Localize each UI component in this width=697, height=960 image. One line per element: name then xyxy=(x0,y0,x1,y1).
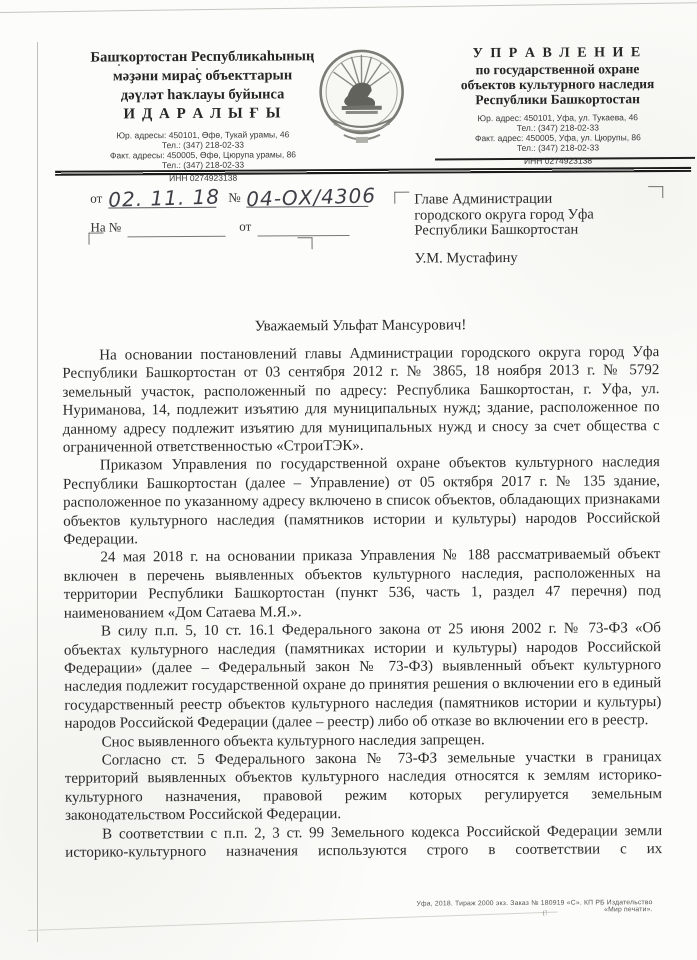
addressee-line: Главе Администрации xyxy=(414,191,674,208)
addressee-name: У.М. Мустафину xyxy=(415,249,675,268)
phone-line: Тел.: (347) 218-02-33 xyxy=(423,142,693,154)
salutation: Уважаемый Ульфат Мансурович! xyxy=(62,316,659,337)
body-paragraph: Согласно ст. 5 Федерального закона № 73-… xyxy=(65,748,662,825)
org-name-line: по государственной охране xyxy=(422,61,692,78)
reply-number-blank xyxy=(127,222,225,238)
letterhead-right: У П Р А В Л Е Н И Е по государственной о… xyxy=(422,44,693,167)
letterhead-left-details: Юр. адресы: 450101, Өфө, Тукай урамы, 46… xyxy=(53,129,353,184)
date-field: 02. 11. 18 xyxy=(108,183,216,209)
print-imprint: Уфа, 2018. Тираж 2000 экз. Заказ № 18091… xyxy=(403,899,653,915)
org-name-line: объектов культурного наследия xyxy=(423,76,693,93)
coat-of-arms-emblem xyxy=(313,42,410,161)
body-paragraph: На основании постановлений главы Админис… xyxy=(62,343,660,457)
reference-row-date-number: от 02. 11. 18 № 04-ОХ/4306 xyxy=(90,182,369,209)
reference-row-reply: На № от xyxy=(90,218,349,238)
org-name-line: дәүләт һаҡлауы буйынса xyxy=(53,85,353,106)
bashkortostan-emblem-icon xyxy=(313,42,410,161)
org-name-line: И Д А Р А Л Ы Ғ Ы xyxy=(53,104,353,125)
handwritten-number: 04-ОХ/4306 xyxy=(246,183,376,211)
number-label: № xyxy=(228,190,241,208)
org-name-line: Республики Башкортостан xyxy=(423,91,693,108)
addressee-corner-mark-left xyxy=(394,192,409,204)
body-paragraph: В силу п.п. 5, 10 ст. 16.1 Федерального … xyxy=(64,619,662,733)
scan-artifact: (! xyxy=(543,909,548,917)
reply-date-blank xyxy=(257,221,349,237)
scanned-letter-page: Башҡортостан Республикаһының мәҙәни мира… xyxy=(0,0,697,960)
letter-body: На основании постановлений главы Админис… xyxy=(62,343,662,862)
from-label: от xyxy=(90,190,102,208)
org-name-line: Башҡортостан Республикаһының xyxy=(52,47,352,68)
org-name-line: мәҙәни мираҫ объекттарын xyxy=(52,66,352,87)
addressee-line: Республики Башкортостан xyxy=(414,222,674,239)
addressee-block: Главе Администрации городского округа го… xyxy=(414,191,674,267)
org-name-line: У П Р А В Л Е Н И Е xyxy=(422,44,692,63)
body-paragraph: Приказом Управления по государственной о… xyxy=(63,454,661,550)
letterhead-left: Башҡортостан Республикаһының мәҙәни мира… xyxy=(52,47,353,184)
handwritten-date: 02. 11. 18 xyxy=(108,184,220,211)
body-paragraph: В соответствии с п.п. 2, 3 ст. 99 Земель… xyxy=(65,822,662,862)
letter-page: Башҡортостан Республикаһының мәҙәни мира… xyxy=(0,0,697,960)
body-paragraph: 24 мая 2018 г. на основании приказа Упра… xyxy=(63,546,660,623)
reply-ot-label: от xyxy=(239,219,251,237)
corner-mark-top-right xyxy=(298,237,313,249)
number-field: 04-ОХ/4306 xyxy=(247,182,369,208)
corner-mark-top-left xyxy=(88,232,103,244)
